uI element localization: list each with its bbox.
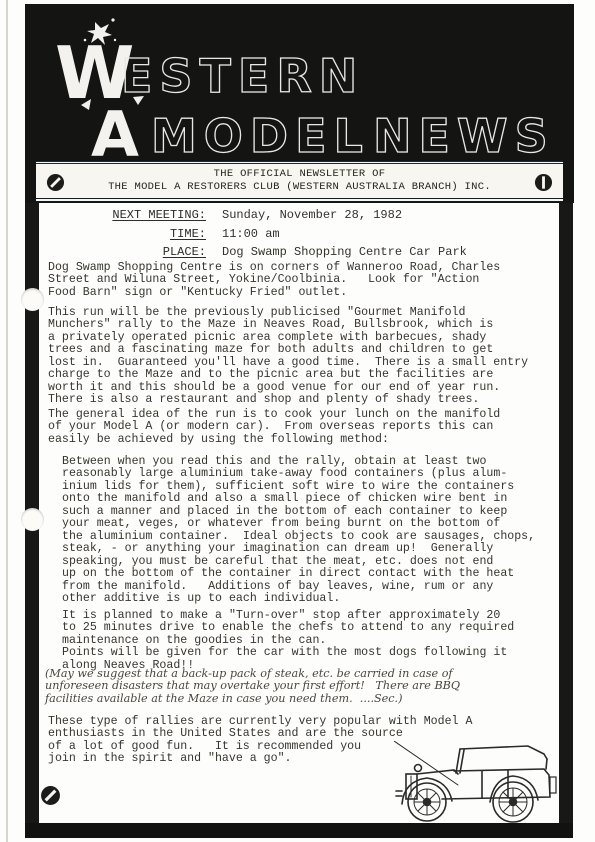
masthead-subtitle-band: THE OFFICIAL NEWSLETTER OF THE MODEL A R… xyxy=(36,161,563,202)
model-a-touring-car-illustration xyxy=(394,741,558,825)
paragraph-idea: The general idea of the run is to cook y… xyxy=(48,409,500,446)
meeting-row: NEXT MEETING: Sunday, November 28, 1982 xyxy=(48,208,467,222)
newsletter-page: W ESTERN A MODEL NEWS THE OFFICIAL NEWSL… xyxy=(0,0,595,842)
paragraph-method: Between when you read this and the rally… xyxy=(62,456,535,605)
paragraph-location: Dog Swamp Shopping Centre is on corners … xyxy=(48,262,500,299)
masthead-title-estern: ESTERN xyxy=(121,49,364,103)
subtitle-text: THE OFFICIAL NEWSLETTER OF THE MODEL A R… xyxy=(108,168,491,194)
screw-head-icon xyxy=(534,173,553,192)
time-label: TIME: xyxy=(48,227,206,241)
paragraph-editor-note: (May we suggest that a back-up pack of s… xyxy=(45,668,460,705)
screw-head-icon xyxy=(40,785,61,806)
meeting-row: PLACE: Dog Swamp Shopping Centre Car Par… xyxy=(48,245,467,259)
place-value: Dog Swamp Shopping Centre Car Park xyxy=(222,245,467,259)
time-value: 11:00 am xyxy=(222,227,280,241)
place-label: PLACE: xyxy=(48,245,206,259)
hole-punch xyxy=(21,508,44,531)
page-edge-bottom-bar xyxy=(25,823,573,838)
meeting-row: TIME: 11:00 am xyxy=(48,227,467,241)
screw-head-icon xyxy=(46,173,65,192)
paragraph-run: This run will be the previously publicis… xyxy=(48,307,528,407)
hole-punch xyxy=(21,288,44,311)
masthead-title-news: NEWS xyxy=(373,109,555,163)
next-meeting-value: Sunday, November 28, 1982 xyxy=(222,208,402,222)
meeting-details: NEXT MEETING: Sunday, November 28, 1982 … xyxy=(48,208,467,264)
subtitle-line1: THE OFFICIAL NEWSLETTER OF xyxy=(108,168,491,181)
scan-edge-line xyxy=(6,0,8,842)
page-edge-right-bar xyxy=(559,203,573,823)
next-meeting-label: NEXT MEETING: xyxy=(48,208,206,222)
subtitle-line2: THE MODEL A RESTORERS CLUB (WESTERN AUST… xyxy=(108,181,491,194)
paragraph-turnover: It is planned to make a "Turn-over" stop… xyxy=(62,610,514,672)
masthead-title-model: MODEL xyxy=(151,109,370,163)
